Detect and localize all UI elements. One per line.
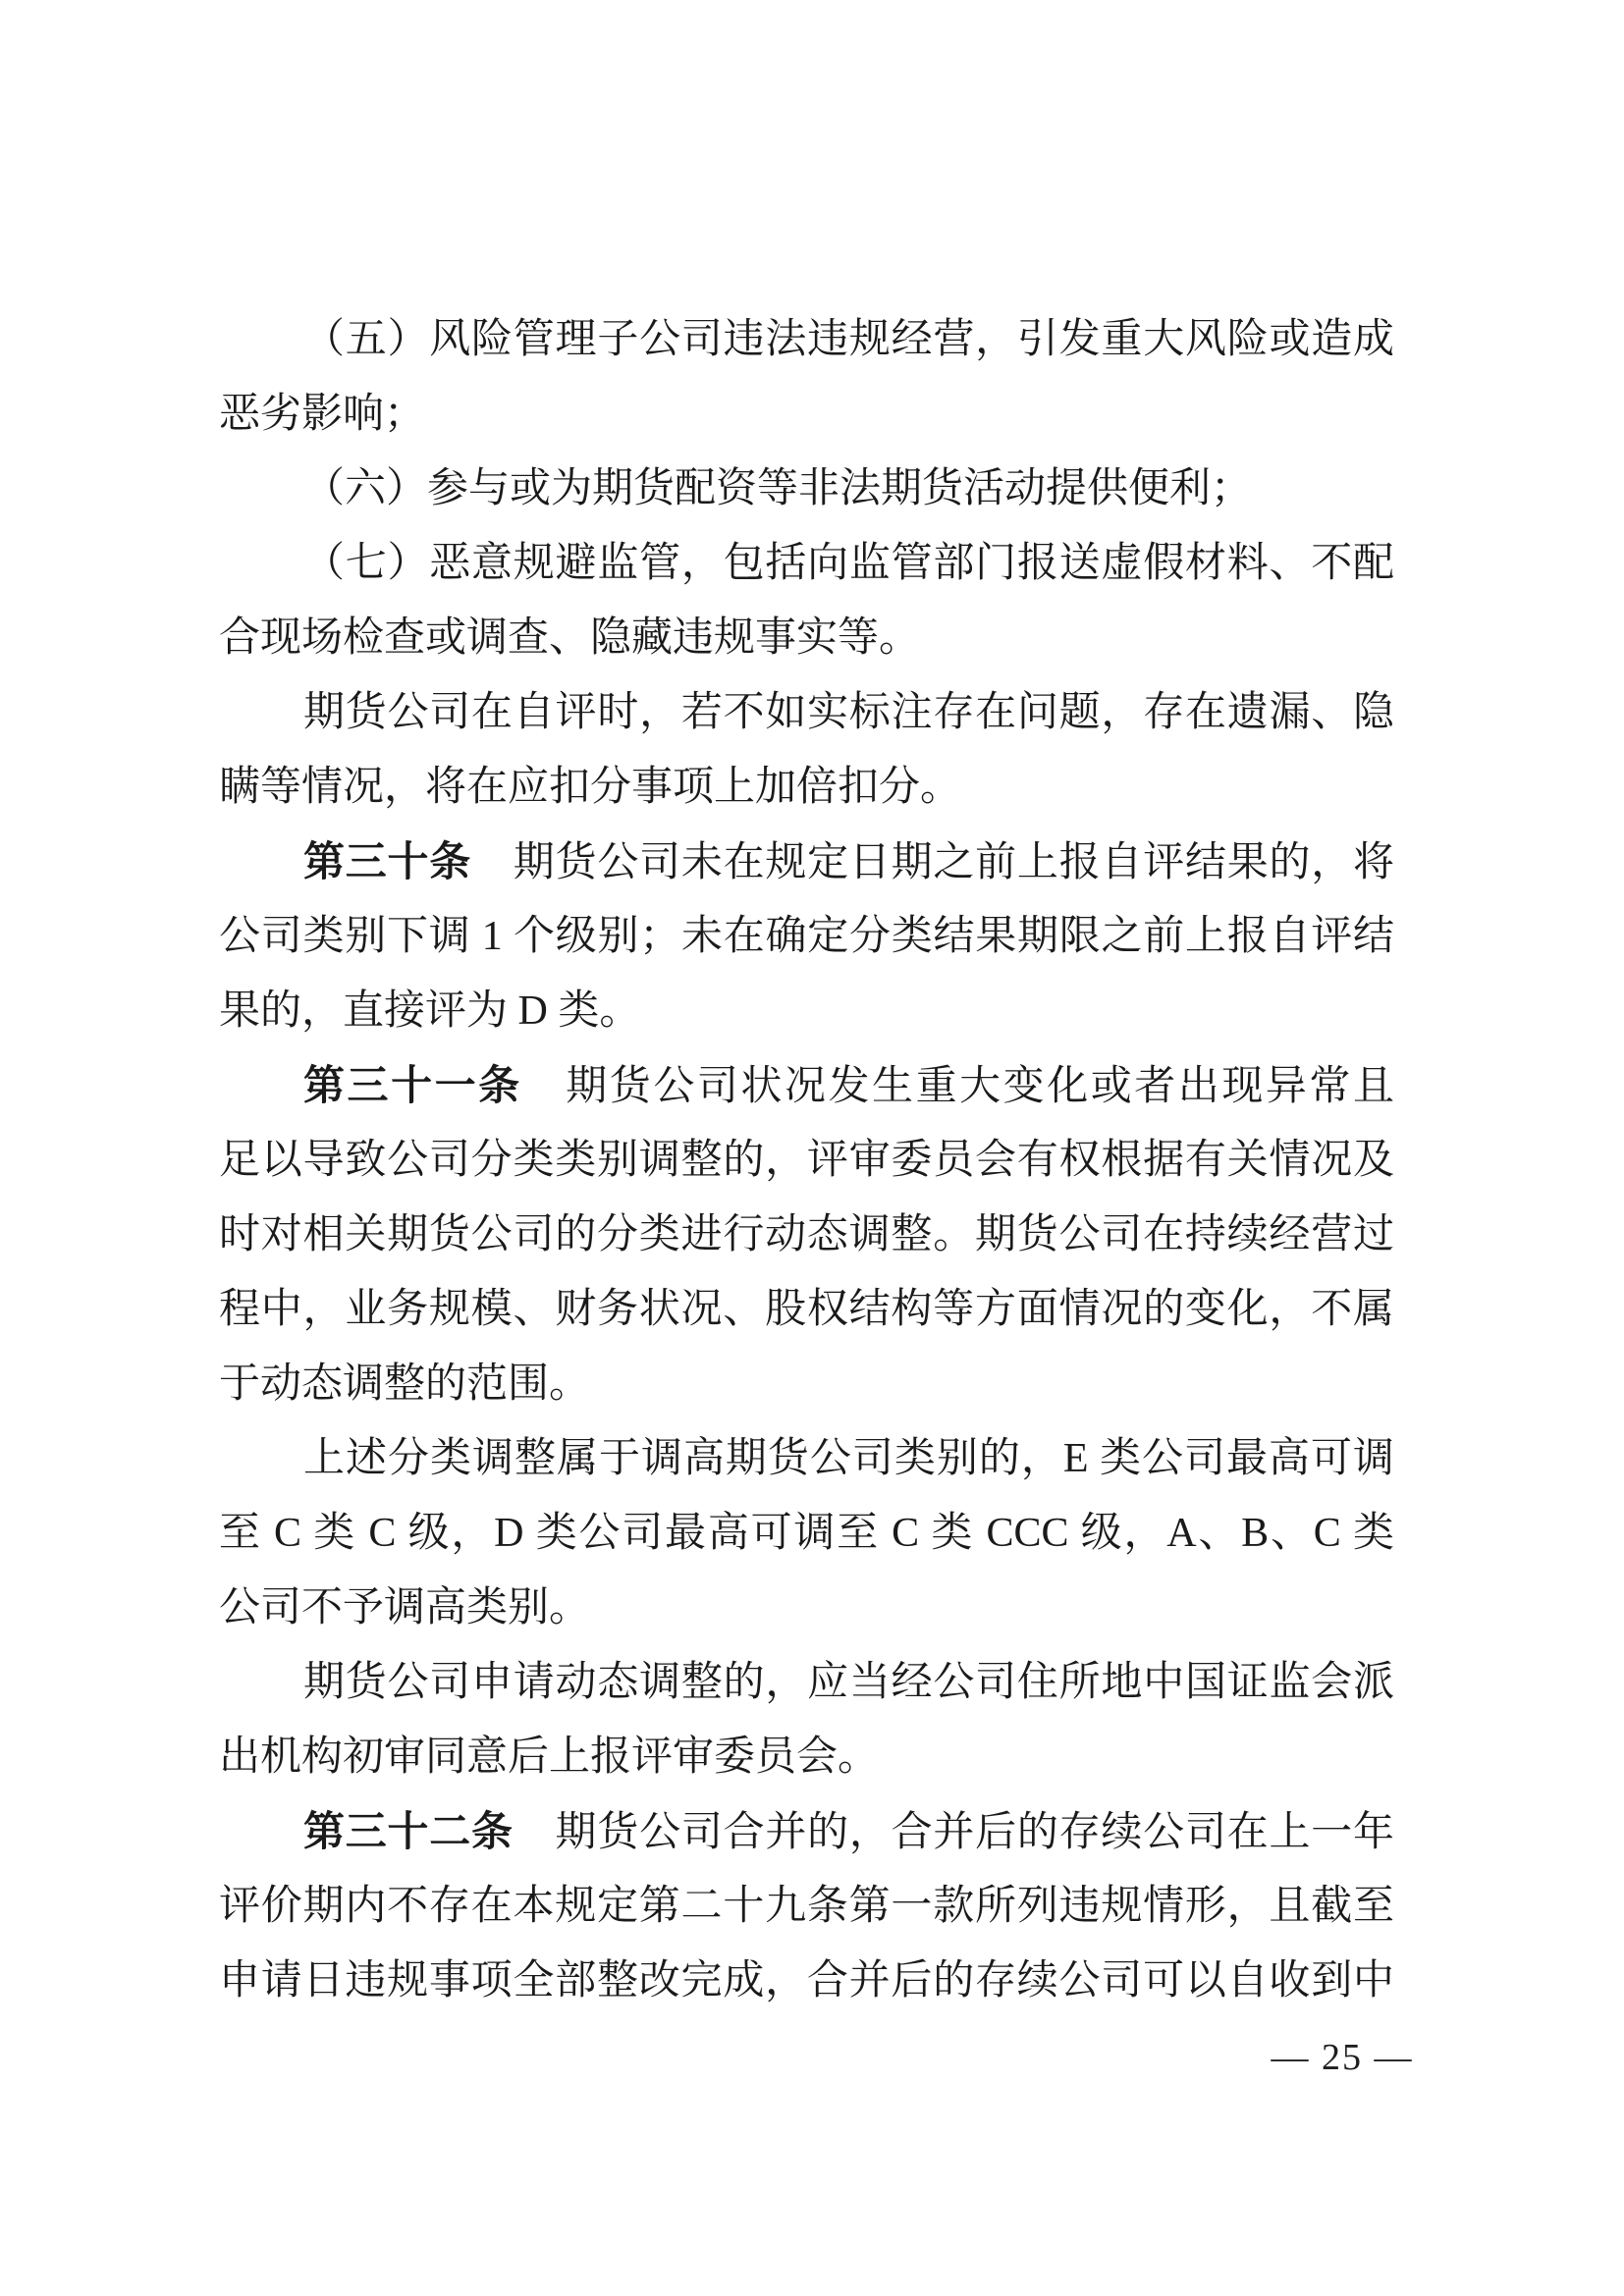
text-line: 第三十条 期货公司未在规定日期之前上报自评结果的，将 [219,825,1394,899]
text-segment: 期货公司在自评时，若不如实标注存在问题，存在遗漏、隐 [303,690,1394,735]
text-line: 出机构初审同意后上报评审委员会。 [219,1720,1394,1794]
text-segment: （七）恶意规避监管，包括向监管部门报送虚假材料、不配 [303,541,1394,586]
text-line: 果的，直接评为 D 类。 [219,974,1394,1048]
text-segment: 公司类别下调 1 个级别；未在确定分类结果期限之前上报自评结 [219,914,1394,959]
text-line: 期货公司在自评时，若不如实标注存在问题，存在遗漏、隐 [219,675,1394,750]
text-segment: 足以导致公司分类类别调整的，评审委员会有权根据有关情况及 [219,1138,1394,1183]
text-segment: 合现场检查或调查、隐藏违规事实等。 [219,615,920,661]
text-line: 期货公司申请动态调整的，应当经公司住所地中国证监会派 [219,1645,1394,1720]
page-number: — 25 — [1224,2030,1460,2085]
text-segment: 评价期内不存在本规定第二十九条第一款所列违规情形，且截至 [219,1884,1394,1929]
text-line: 于动态调整的范围。 [219,1347,1394,1421]
text-segment: 出机构初审同意后上报评审委员会。 [219,1735,879,1780]
text-segment: 至 C 类 C 级，D 类公司最高可调至 C 类 CCC 级，A、B、C 类 [219,1511,1394,1556]
text-line: 时对相关期货公司的分类进行动态调整。期货公司在持续经营过 [219,1198,1394,1272]
text-line: 公司类别下调 1 个级别；未在确定分类结果期限之前上报自评结 [219,899,1394,974]
text-line: （六）参与或为期货配资等非法期货活动提供便利； [219,452,1394,526]
text-segment: 上述分类调整属于调高期货公司类别的，E 类公司最高可调 [303,1436,1394,1481]
document-page: （五）风险管理子公司违法违规经营，引发重大风险或造成恶劣影响；（六）参与或为期货… [0,0,1624,2296]
article-heading: 第三十条 [303,838,471,884]
text-line: （五）风险管理子公司违法违规经营，引发重大风险或造成 [219,302,1394,377]
text-line: 恶劣影响； [219,377,1394,452]
text-segment: （六）参与或为期货配资等非法期货活动提供便利； [303,466,1252,511]
text-segment: 恶劣影响； [219,392,425,437]
text-line: 第三十二条 期货公司合并的，合并后的存续公司在上一年 [219,1794,1394,1869]
text-segment: 期货公司申请动态调整的，应当经公司住所地中国证监会派 [303,1660,1394,1705]
text-segment: 申请日违规事项全部整改完成，合并后的存续公司可以自收到中 [219,1958,1394,2003]
article-heading: 第三十一条 [303,1062,522,1108]
article-heading: 第三十二条 [303,1808,514,1854]
text-line: 至 C 类 C 级，D 类公司最高可调至 C 类 CCC 级，A、B、C 类 [219,1496,1394,1571]
text-line: 申请日违规事项全部整改完成，合并后的存续公司可以自收到中 [219,1944,1394,2018]
text-segment: 期货公司合并的，合并后的存续公司在上一年 [514,1810,1394,1855]
text-line: 评价期内不存在本规定第二十九条第一款所列违规情形，且截至 [219,1869,1394,1944]
text-line: 第三十一条 期货公司状况发生重大变化或者出现异常且 [219,1048,1394,1123]
text-line: 公司不予调高类别。 [219,1571,1394,1645]
text-segment: 程中，业务规模、财务状况、股权结构等方面情况的变化，不属 [219,1287,1394,1332]
text-line: （七）恶意规避监管，包括向监管部门报送虚假材料、不配 [219,526,1394,601]
text-segment: （五）风险管理子公司违法违规经营，引发重大风险或造成 [303,317,1394,362]
text-segment: 公司不予调高类别。 [219,1585,590,1630]
text-segment: 瞒等情况，将在应扣分事项上加倍扣分。 [219,765,961,810]
text-segment: 时对相关期货公司的分类进行动态调整。期货公司在持续经营过 [219,1212,1394,1257]
text-line: 上述分类调整属于调高期货公司类别的，E 类公司最高可调 [219,1421,1394,1496]
text-segment: 期货公司未在规定日期之前上报自评结果的，将 [471,840,1394,885]
document-body: （五）风险管理子公司违法违规经营，引发重大风险或造成恶劣影响；（六）参与或为期货… [219,302,1394,2018]
text-segment: 期货公司状况发生重大变化或者出现异常且 [522,1064,1394,1109]
text-segment: 果的，直接评为 D 类。 [219,988,640,1034]
text-line: 程中，业务规模、财务状况、股权结构等方面情况的变化，不属 [219,1272,1394,1347]
text-line: 合现场检查或调查、隐藏违规事实等。 [219,601,1394,675]
text-line: 瞒等情况，将在应扣分事项上加倍扣分。 [219,750,1394,825]
text-segment: 于动态调整的范围。 [219,1362,590,1407]
text-line: 足以导致公司分类类别调整的，评审委员会有权根据有关情况及 [219,1123,1394,1198]
